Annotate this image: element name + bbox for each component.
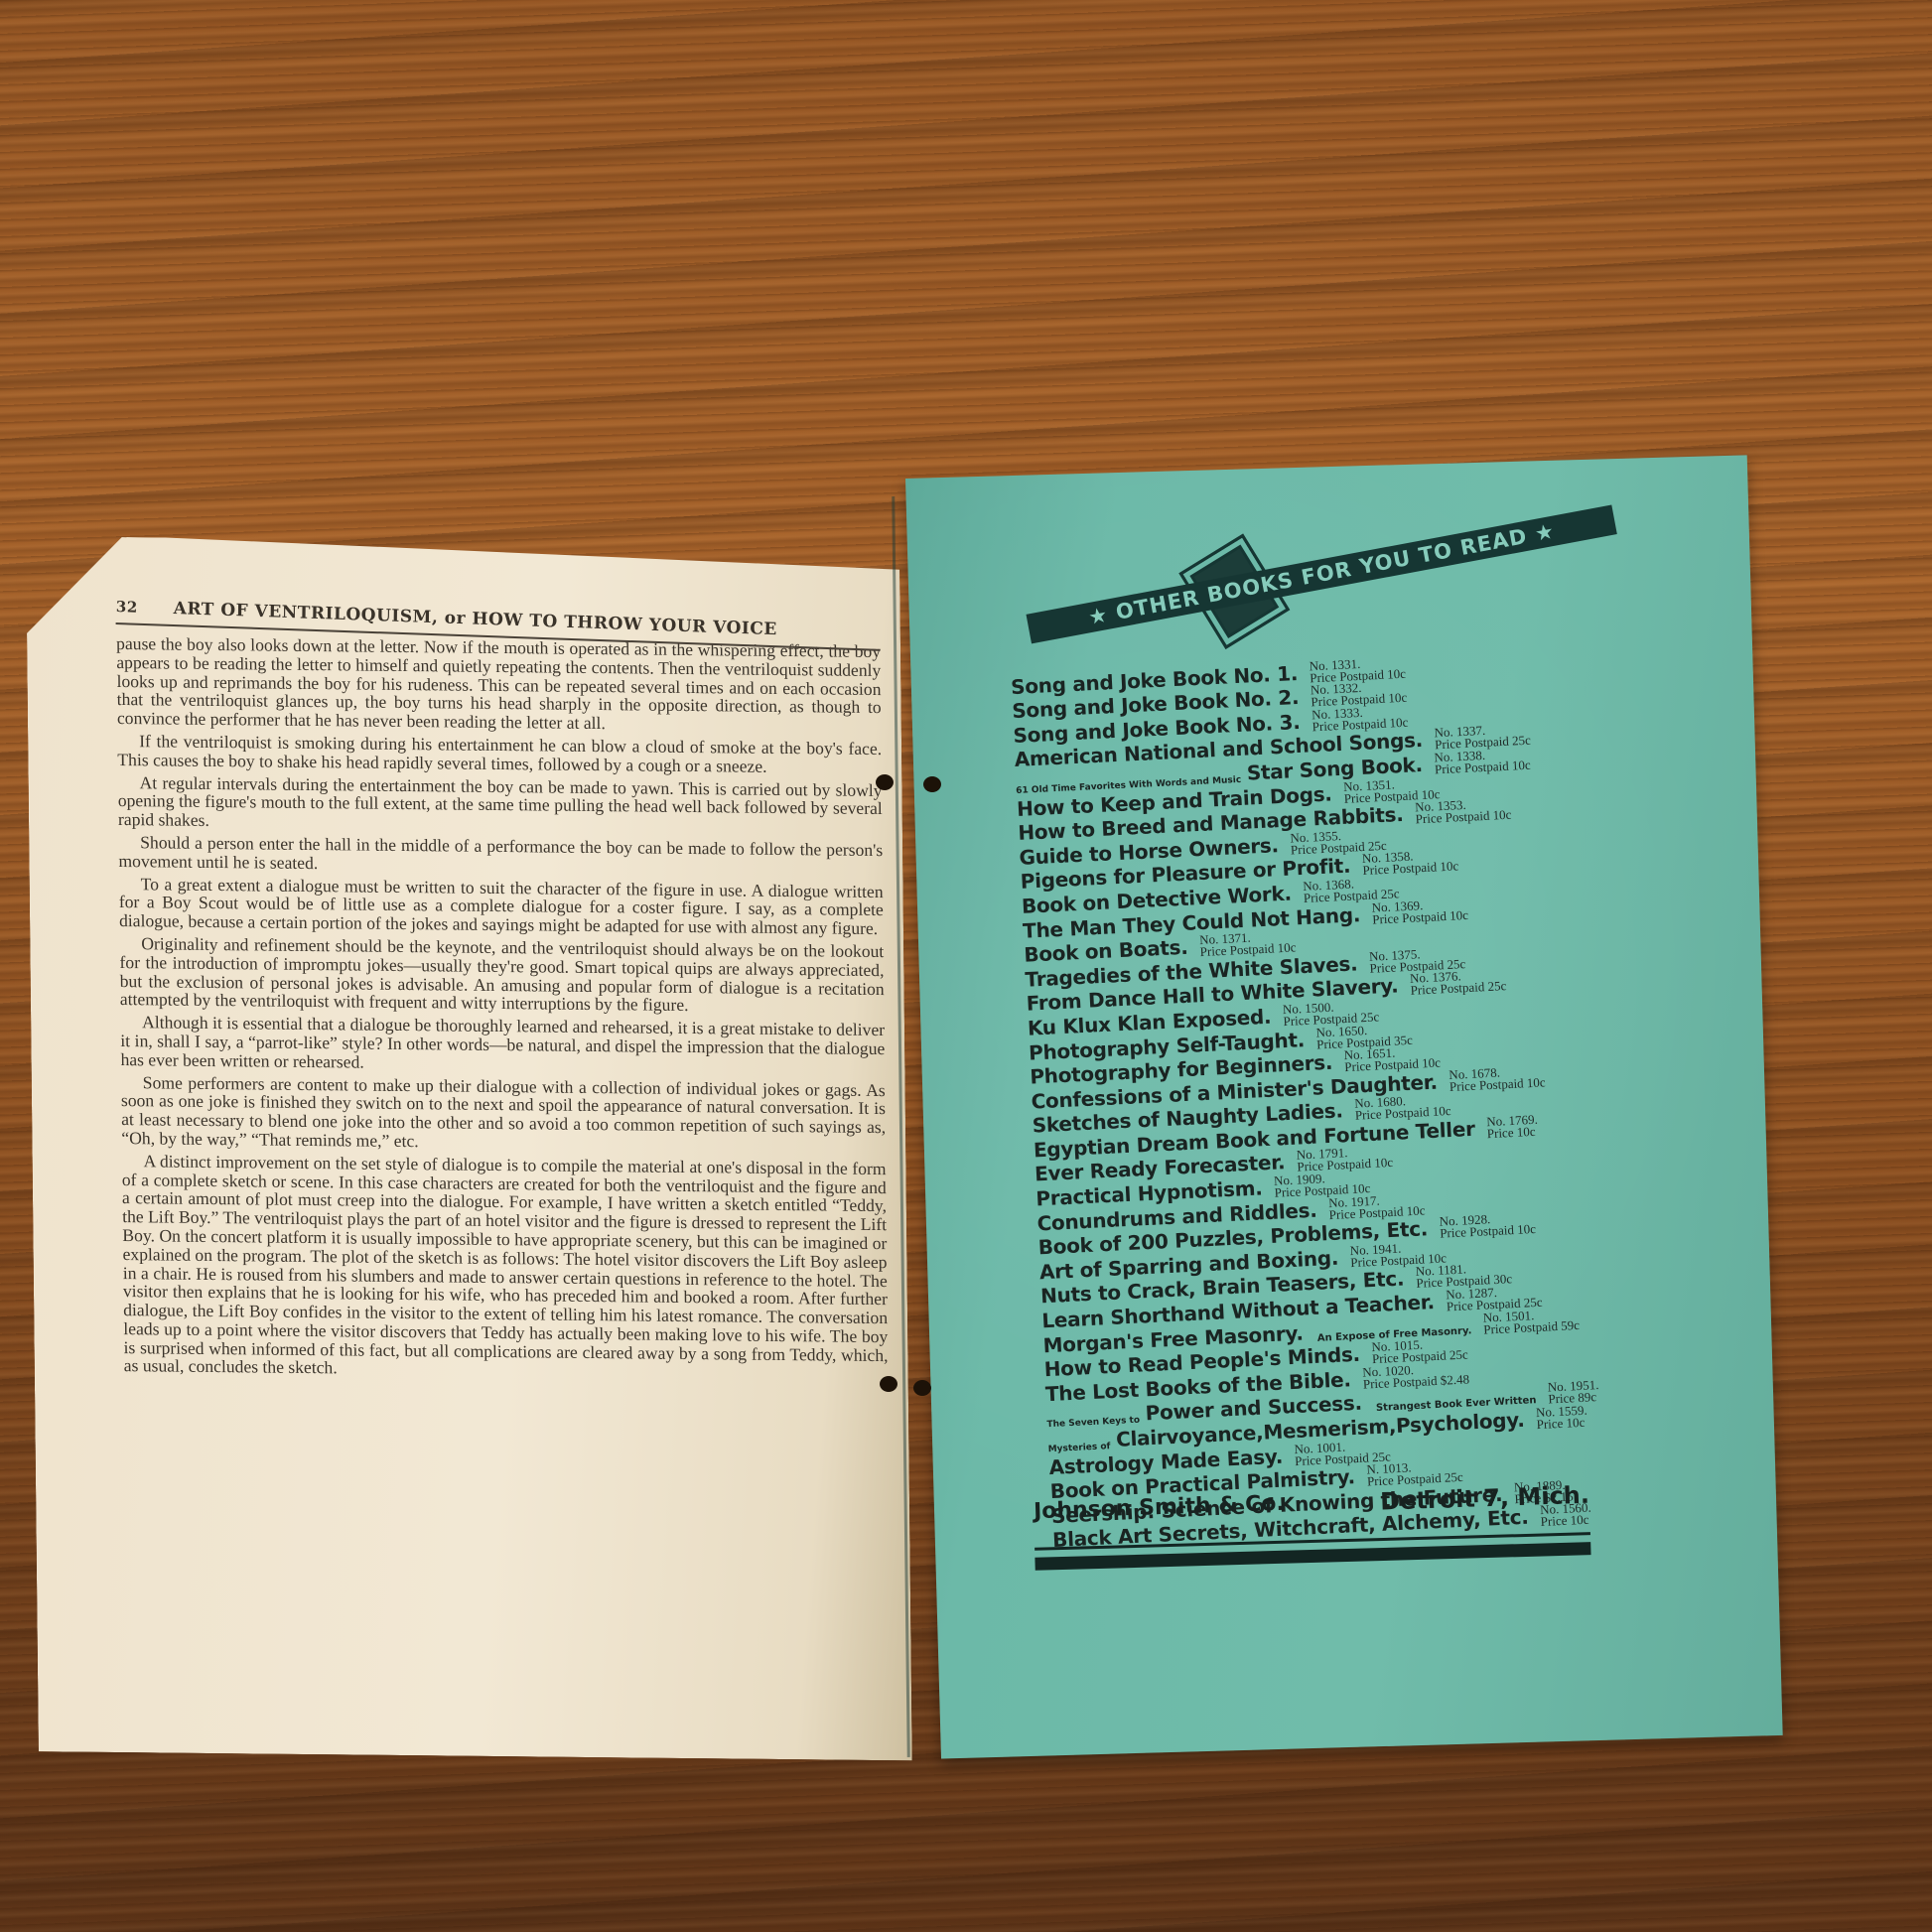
right-page: ★ OTHER BOOKS FOR YOU TO READ ★ Song and…	[905, 455, 1783, 1758]
running-head-title: ART OF VENTRILOQUISM, or HOW TO THROW YO…	[174, 599, 777, 639]
book-meta: No. 1951.Price 89c	[1548, 1379, 1600, 1405]
book-meta: No. 1769.Price 10c	[1486, 1114, 1539, 1140]
book-meta: No. 1678.Price Postpaid 10c	[1449, 1064, 1546, 1093]
book-meta: No. 1020.Price Postpaid $2.48	[1362, 1361, 1469, 1390]
book-meta: No. 1501.Price Postpaid 59c	[1482, 1308, 1580, 1336]
staple-hole	[876, 774, 894, 790]
left-page: 32 ART OF VENTRILOQUISM, or HOW TO THROW…	[26, 536, 912, 1760]
staple-hole	[913, 1380, 931, 1396]
book-price: Price 10c	[1487, 1126, 1539, 1141]
book-meta: No. 1376.Price Postpaid 25c	[1410, 968, 1507, 997]
page-number: 32	[116, 598, 138, 617]
book-meta: No. 1369.Price Postpaid 10c	[1371, 897, 1468, 925]
paragraph: At regular intervals during the entertai…	[117, 773, 883, 837]
banner: ★ OTHER BOOKS FOR YOU TO READ ★	[1027, 504, 1617, 643]
left-page-content: 32 ART OF VENTRILOQUISM, or HOW TO THROW…	[116, 597, 889, 1387]
book-list: Song and Joke Book No. 1.No. 1331.Price …	[1011, 640, 1747, 1553]
staple-hole	[880, 1376, 897, 1392]
staple-hole	[923, 776, 941, 792]
paragraph: Although it is essential that a dialogue…	[120, 1013, 886, 1076]
book-meta: No. 1791.Price Postpaid 10c	[1297, 1145, 1394, 1173]
book-price: Price 10c	[1540, 1514, 1591, 1529]
paragraph: Some performers are content to make up t…	[121, 1073, 887, 1156]
body-text: pause the boy also looks down at the let…	[116, 634, 889, 1383]
book-meta: No. 1338.Price Postpaid 10c	[1434, 748, 1531, 776]
paragraph: To a great extent a dialogue must be wri…	[119, 875, 885, 938]
paragraph: If the ventriloquist is smoking during h…	[117, 732, 882, 777]
book-meta: No. 1353.Price Postpaid 10c	[1415, 797, 1512, 826]
paragraph: pause the boy also looks down at the let…	[116, 634, 882, 736]
paragraph: A distinct improvement on the set style …	[121, 1152, 888, 1384]
book-meta: No. 1358.Price Postpaid 10c	[1362, 849, 1459, 878]
paragraph: Should a person enter the hall in the mi…	[118, 833, 883, 879]
paragraph: Originality and refinement should be the…	[119, 934, 885, 1017]
book-meta: No. 1559.Price 10c	[1536, 1405, 1588, 1431]
book-price: Price 10c	[1536, 1417, 1587, 1432]
book-meta: No. 1928.Price Postpaid 10c	[1439, 1211, 1536, 1240]
